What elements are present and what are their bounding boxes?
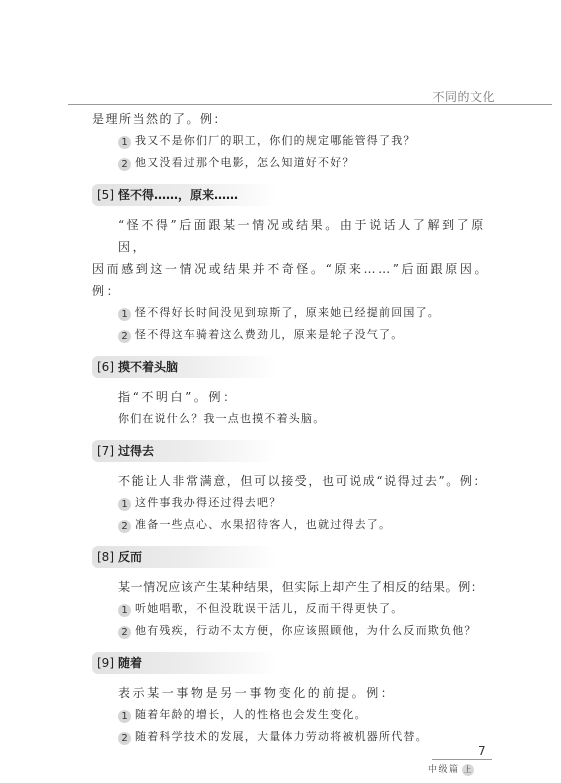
page-content: 是理所当然的了。例： 1我又不是你们厂的职工，你们的规定哪能管得了我？ 2他又没… [92, 108, 512, 748]
section-heading-9: [9]随着 [92, 652, 277, 674]
example-item: 1我又不是你们厂的职工，你们的规定哪能管得了我？ [92, 130, 512, 152]
example-number-badge: 1 [118, 604, 131, 617]
section-heading-5: [5]怪不得……，原来…… [92, 184, 277, 206]
example-number-badge: 2 [118, 732, 131, 745]
example-sentence: 你们在说什么？我一点也摸不着头脑。 [92, 408, 512, 430]
example-item: 1这件事我办得还过得去吧？ [92, 492, 512, 514]
example-item: 1怪不得好长时间没见到琼斯了，原来她已经提前回国了。 [92, 302, 512, 324]
example-item: 2他又没看过那个电影，怎么知道好不好？ [92, 152, 512, 174]
section-explanation: 例： [92, 280, 512, 302]
section-explanation: 因而感到这一情况或结果并不奇怪。“原来……”后面跟原因。 [92, 258, 512, 280]
example-item: 2准备一些点心、水果招待客人，也就过得去了。 [92, 514, 512, 536]
example-number-badge: 2 [118, 158, 131, 171]
volume-badge: 上 [462, 764, 474, 776]
section-heading-7: [7]过得去 [92, 440, 277, 462]
footer-divider [432, 759, 492, 760]
chapter-title: 不同的文化 [432, 88, 495, 105]
example-number-badge: 1 [118, 498, 131, 511]
section-explanation: 指“不明白”。例： [92, 386, 512, 408]
example-item: 1听她唱歌，不但没耽误干活儿，反而干得更快了。 [92, 598, 512, 620]
section-explanation: 表示某一事物是另一事物变化的前提。例： [92, 682, 512, 704]
section-explanation: “怪不得”后面跟某一情况或结果。由于说话人了解到了原因， [92, 214, 512, 258]
section-explanation: 某一情况应该产生某种结果，但实际上却产生了相反的结果。例： [92, 576, 512, 598]
book-volume-label: 中级篇上 [428, 762, 474, 776]
section-explanation: 不能让人非常满意，但可以接受，也可说成“说得过去”。例： [92, 470, 512, 492]
example-item: 2怪不得这车骑着这么费劲儿，原来是轮子没气了。 [92, 324, 512, 346]
page-number: 7 [478, 744, 486, 758]
example-item: 2随着科学技术的发展，大量体力劳动将被机器所代替。 [92, 726, 512, 748]
section-heading-6: [6]摸不着头脑 [92, 356, 277, 378]
example-number-badge: 2 [118, 626, 131, 639]
intro-line: 是理所当然的了。例： [92, 108, 512, 130]
example-number-badge: 1 [118, 136, 131, 149]
example-number-badge: 2 [118, 520, 131, 533]
example-item: 2他有残疾，行动不太方便，你应该照顾他，为什么反而欺负他？ [92, 620, 512, 642]
example-item: 1随着年龄的增长，人的性格也会发生变化。 [92, 704, 512, 726]
example-number-badge: 1 [118, 710, 131, 723]
example-number-badge: 1 [118, 308, 131, 321]
example-number-badge: 2 [118, 330, 131, 343]
section-heading-8: [8]反而 [92, 546, 277, 568]
